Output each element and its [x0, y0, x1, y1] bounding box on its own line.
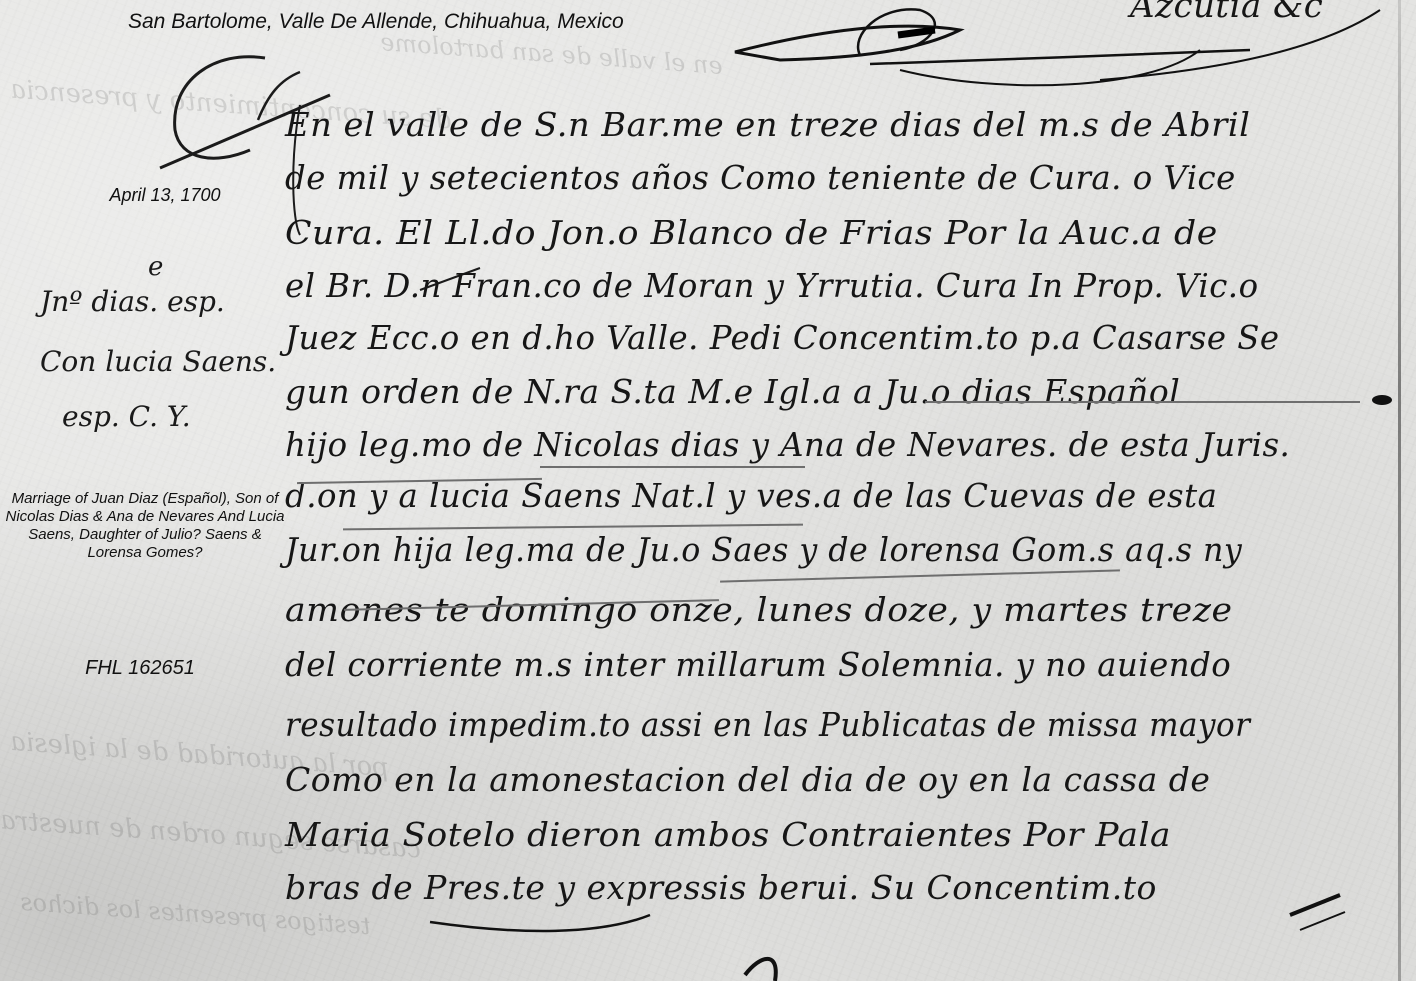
manuscript-line: Maria Sotelo dieron ambos Contraientes P… — [285, 815, 1171, 854]
film-number-annotation: FHL 162651 — [40, 656, 240, 680]
margin-note-line: e — [148, 252, 163, 282]
margin-note-line: esp. C. Y. — [62, 400, 191, 433]
manuscript-line: de mil y setecientos años Como teniente … — [285, 158, 1236, 197]
marriage-description-annotation: Marriage of Juan Diaz (Español), Son of … — [2, 490, 288, 562]
manuscript-line: resultado impedim.to assi en las Publica… — [285, 705, 1250, 744]
manuscript-line: Como en la amonestacion del dia de oy en… — [285, 760, 1210, 799]
manuscript-line: gun orden de N.ra S.ta M.e Igl.a a Ju.o … — [285, 372, 1180, 411]
date-annotation: April 13, 1700 — [60, 185, 270, 207]
signature: Azcutia &c — [1130, 0, 1323, 26]
highlight-underline — [925, 401, 1360, 403]
bleed-through-text: en el valle de san bartolome — [379, 28, 723, 80]
manuscript-line: el Br. D.n Fran.co de Moran y Yrrutia. C… — [285, 266, 1259, 305]
location-annotation: San Bartolome, Valle De Allende, Chihuah… — [128, 9, 624, 34]
manuscript-page: de su concentimiento y presencia en el v… — [0, 0, 1416, 981]
manuscript-line: amones te domingo onze, lunes doze, y ma… — [285, 590, 1233, 629]
page-edge-rule — [1398, 0, 1401, 981]
manuscript-line: del corriente m.s inter millarum Solemni… — [285, 645, 1231, 684]
manuscript-line: Jur.on hija leg.ma de Ju.o Saes y de lor… — [285, 530, 1242, 569]
highlight-underline — [540, 466, 805, 468]
margin-note-line: Con lucia Saens. — [40, 345, 276, 378]
margin-note-line: Jnº dias. esp. — [40, 285, 225, 318]
manuscript-line: En el valle de S.n Bar.me en treze dias … — [285, 105, 1250, 144]
manuscript-line: bras de Pres.te y expressis berui. Su Co… — [285, 868, 1157, 907]
manuscript-line: hijo leg.mo de Nicolas dias y Ana de Nev… — [285, 425, 1290, 464]
manuscript-line: Juez Ecc.o en d.ho Valle. Pedi Concentim… — [285, 318, 1280, 357]
highlight-underline — [720, 569, 1120, 582]
manuscript-line: Cura. El Ll.do Jon.o Blanco de Frias Por… — [285, 213, 1218, 252]
